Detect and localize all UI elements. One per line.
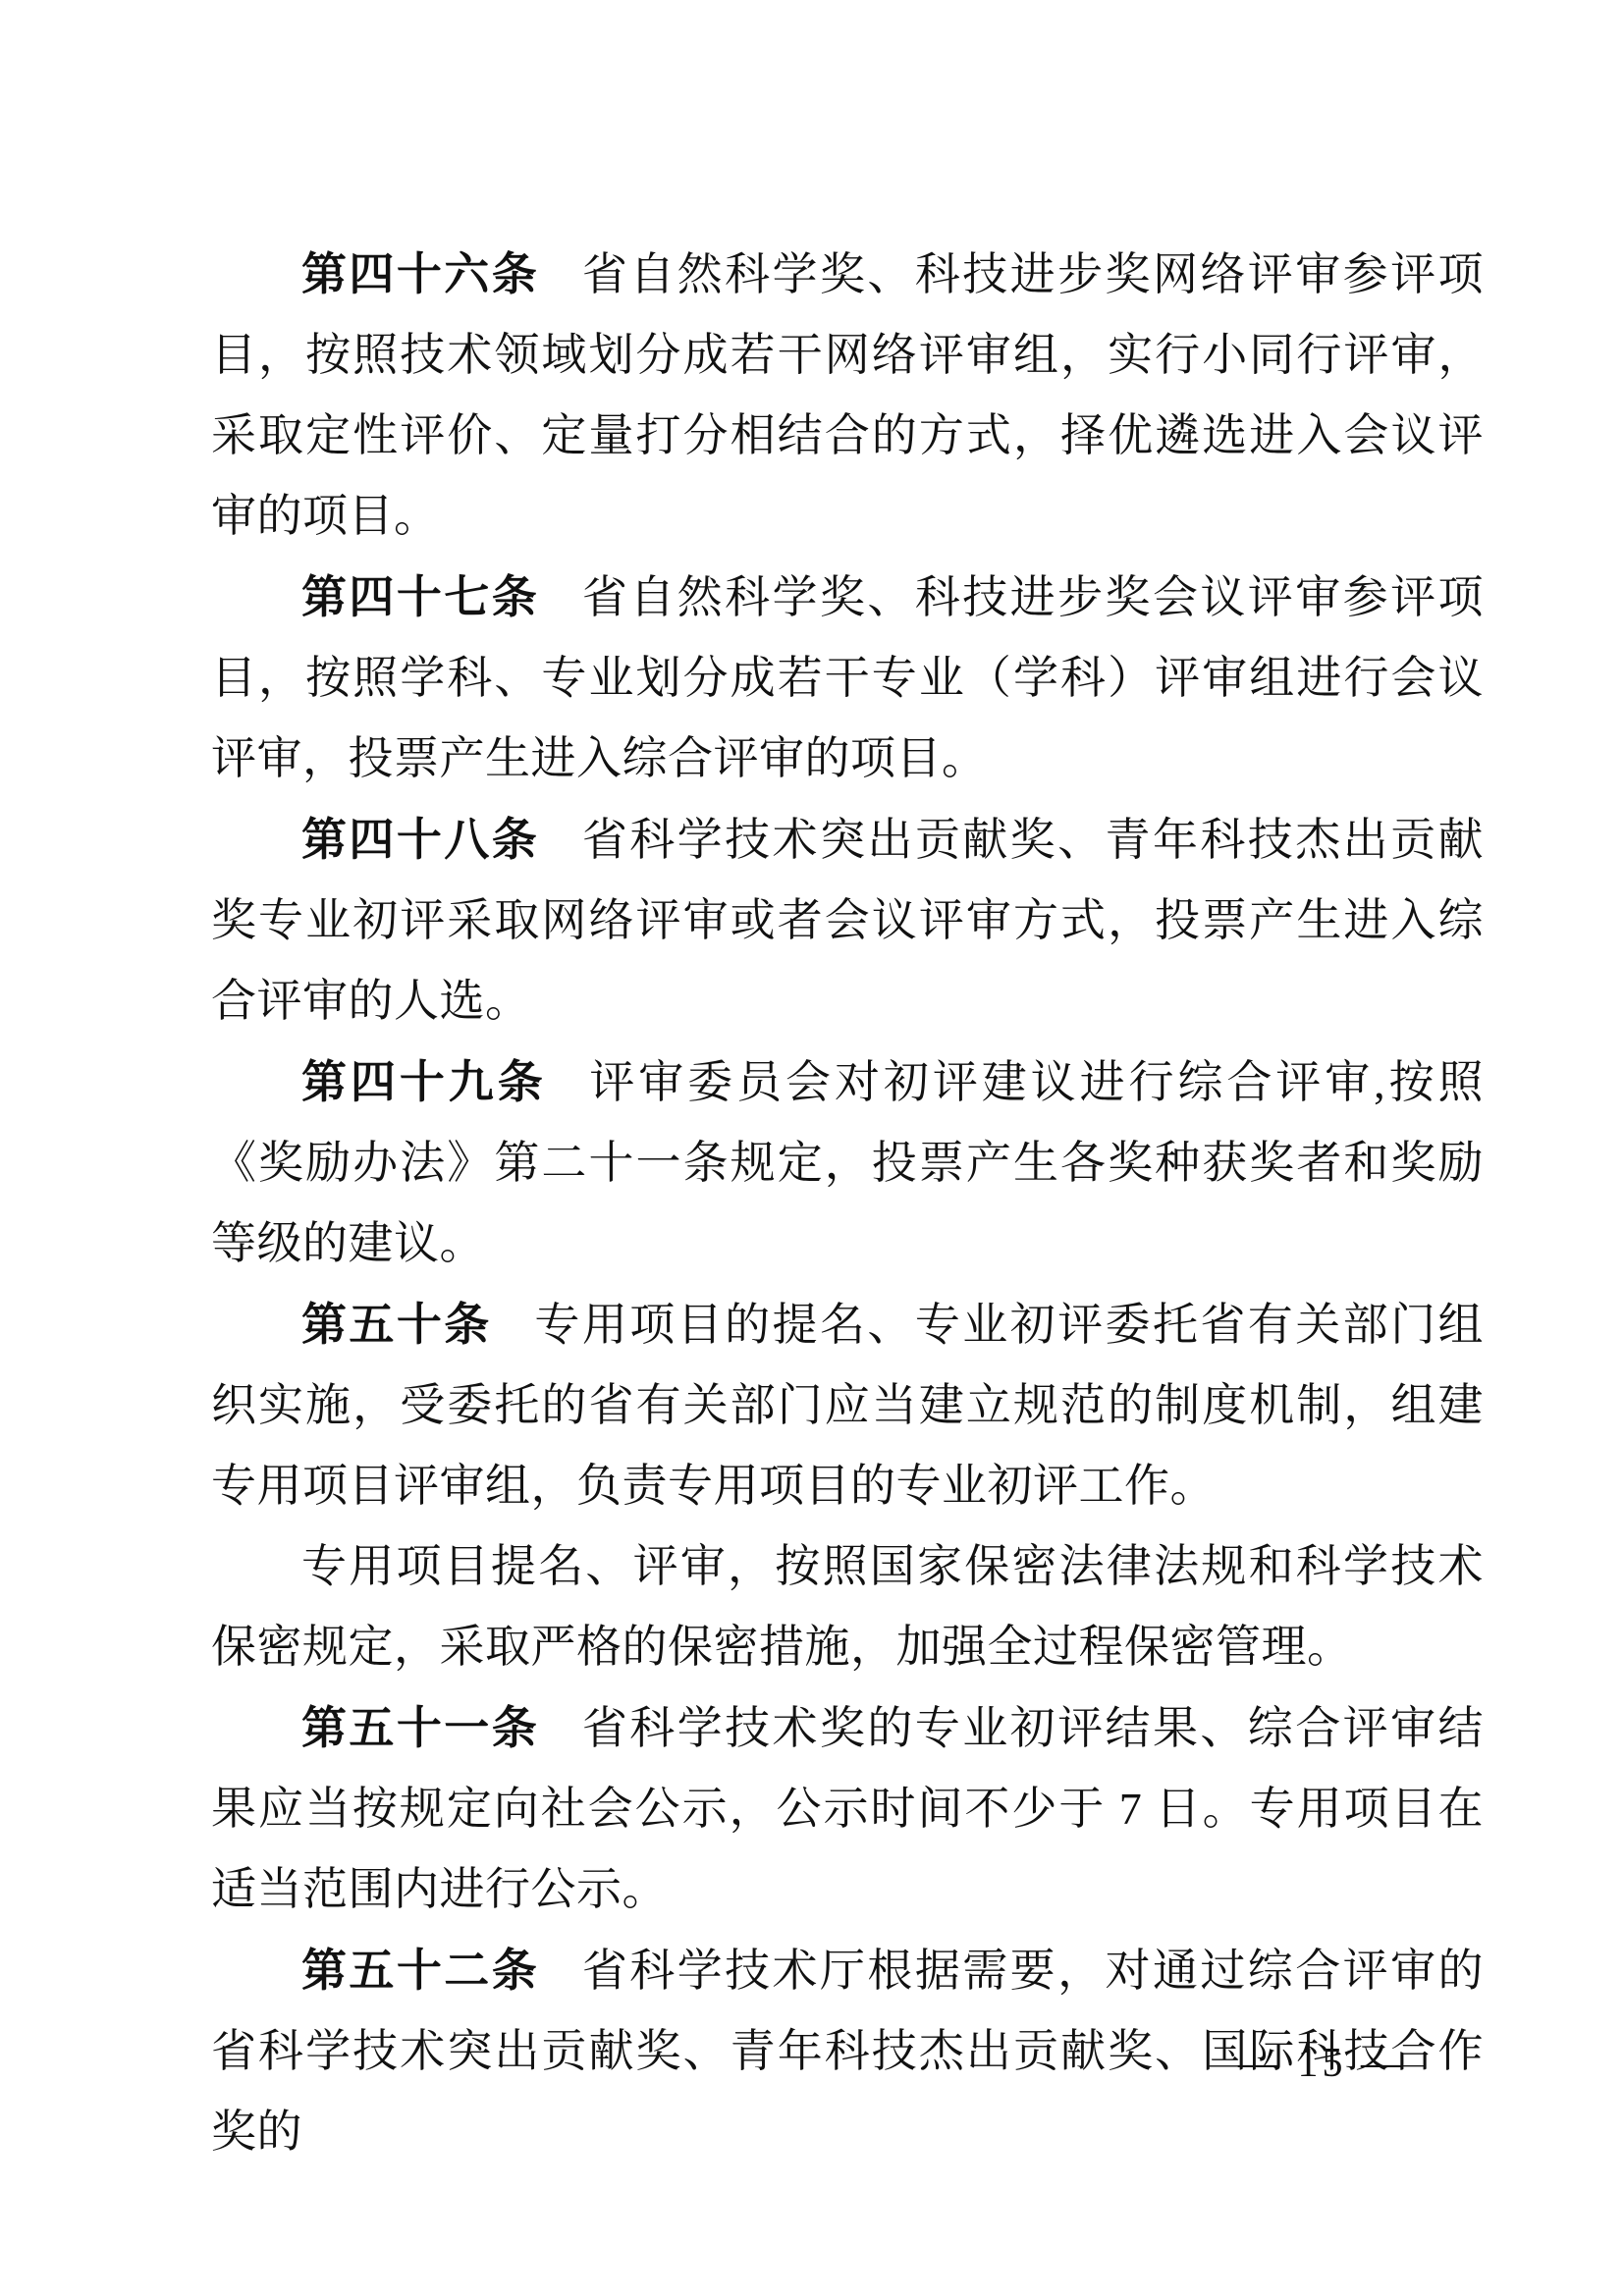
document-content: 第四十六条省自然科学奖、科技进步奖网络评审参评项目，按照技术领域划分成若干网络评… — [211, 234, 1484, 2172]
page-number: — 15 — — [1238, 2040, 1406, 2087]
article-number: 第五十条 — [301, 1299, 492, 1350]
article-paragraph: 第五十一条省科学技术奖的专业初评结果、综合评审结果应当按规定向社会公示，公示时间… — [211, 1687, 1484, 1930]
article-number: 第四十八条 — [301, 814, 539, 865]
article-number: 第五十一条 — [301, 1702, 539, 1753]
article-number: 第五十二条 — [301, 1945, 539, 1996]
article-paragraph: 第四十七条省自然科学奖、科技进步奖会议评审参评项目，按照学科、专业划分成若干专业… — [211, 557, 1484, 799]
article-paragraph: 第四十九条评审委员会对初评建议进行综合评审,按照《奖励办法》第二十一条规定，投票… — [211, 1041, 1484, 1284]
article-paragraph: 第四十六条省自然科学奖、科技进步奖网络评审参评项目，按照技术领域划分成若干网络评… — [211, 234, 1484, 557]
article-paragraph: 专用项目提名、评审，按照国家保密法律法规和科学技术保密规定，采取严格的保密措施，… — [211, 1526, 1484, 1687]
article-number: 第四十九条 — [301, 1056, 547, 1107]
article-text: 专用项目提名、评审，按照国家保密法律法规和科学技术保密规定，采取严格的保密措施，… — [211, 1541, 1484, 1672]
article-number: 第四十七条 — [301, 571, 539, 622]
document-page: 第四十六条省自然科学奖、科技进步奖网络评审参评项目，按照技术领域划分成若干网络评… — [0, 0, 1624, 2296]
article-paragraph: 第四十八条省科学技术突出贡献奖、青年科技杰出贡献奖专业初评采取网络评审或者会议评… — [211, 799, 1484, 1041]
article-paragraph: 第五十条专用项目的提名、专业初评委托省有关部门组织实施，受委托的省有关部门应当建… — [211, 1284, 1484, 1526]
article-number: 第四十六条 — [301, 248, 539, 299]
